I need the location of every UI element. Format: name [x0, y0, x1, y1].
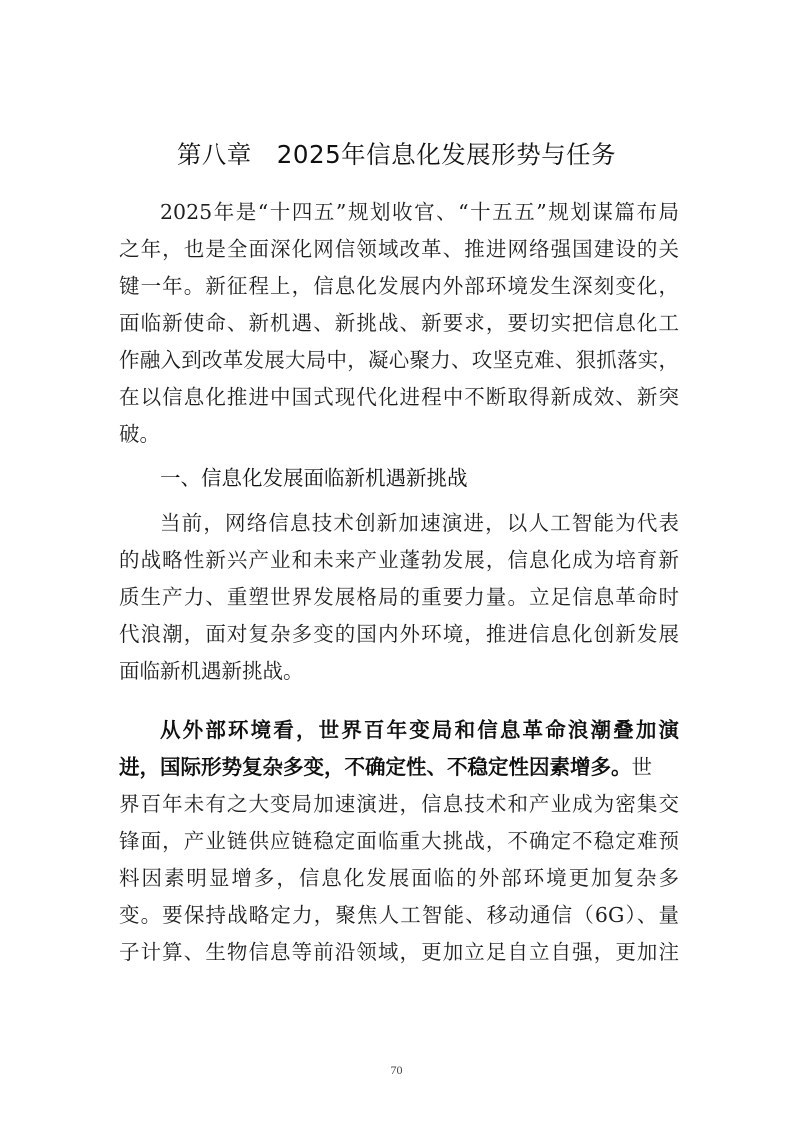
document-page: 第八章 2025年信息化发展形势与任务 2025年是“十四五”规划收官、“十五五…: [0, 0, 793, 1122]
paragraph-line: 代浪潮，面对复杂多变的国内外环境，推进信息化创新发展: [119, 622, 679, 646]
paragraph-line: 的战略性新兴产业和未来产业蓬勃发展，信息化成为培育新: [119, 548, 679, 572]
bold-lead-text: 进，国际形势复杂多变，不确定性、不稳定性因素增多。: [119, 755, 632, 779]
page-number: 70: [0, 1063, 793, 1078]
paragraph-line: 2025年是“十四五”规划收官、“十五五”规划谋篇布局: [160, 200, 679, 224]
paragraph-line: 子计算、生物信息等前沿领域，更加立足自立自强，更加注: [119, 940, 679, 964]
chapter-title: 第八章 2025年信息化发展形势与任务: [0, 136, 793, 171]
paragraph-line: 在以信息化推进中国式现代化进程中不断取得新成效、新突: [119, 385, 679, 409]
paragraph-line: 料因素明显增多，信息化发展面临的外部环境更加复杂多: [119, 866, 679, 890]
paragraph-line: 质生产力、重塑世界发展格局的重要力量。立足信息革命时: [119, 585, 679, 609]
paragraph-line: 破。: [119, 422, 679, 446]
paragraph-line: 作融入到改革发展大局中，凝心聚力、攻坚克难、狠抓落实，: [119, 348, 679, 372]
mixed-line: 进，国际形势复杂多变，不确定性、不稳定性因素增多。世: [119, 755, 679, 779]
paragraph-text: 世: [632, 755, 653, 779]
paragraph-line: 面临新使命、新机遇、新挑战、新要求，要切实把信息化工: [119, 311, 679, 335]
paragraph-line: 面临新机遇新挑战。: [119, 659, 679, 683]
paragraph-line: 之年，也是全面深化网信领域改革、推进网络强国建设的关: [119, 237, 679, 261]
paragraph-line: 锋面，产业链供应链稳定面临重大挑战，不确定不稳定难预: [119, 829, 679, 853]
paragraph-line: 界百年未有之大变局加速演进，信息技术和产业成为密集交: [119, 792, 679, 816]
bold-lead-line: 从外部环境看，世界百年变局和信息革命浪潮叠加演: [160, 718, 679, 742]
section-heading: 一、信息化发展面临新机遇新挑战: [160, 466, 468, 490]
paragraph-line: 变。要保持战略定力，聚焦人工智能、移动通信（6G）、量: [119, 903, 679, 927]
paragraph-line: 键一年。新征程上，信息化发展内外部环境发生深刻变化，: [119, 274, 679, 298]
paragraph-line: 当前，网络信息技术创新加速演进，以人工智能为代表: [160, 511, 679, 535]
